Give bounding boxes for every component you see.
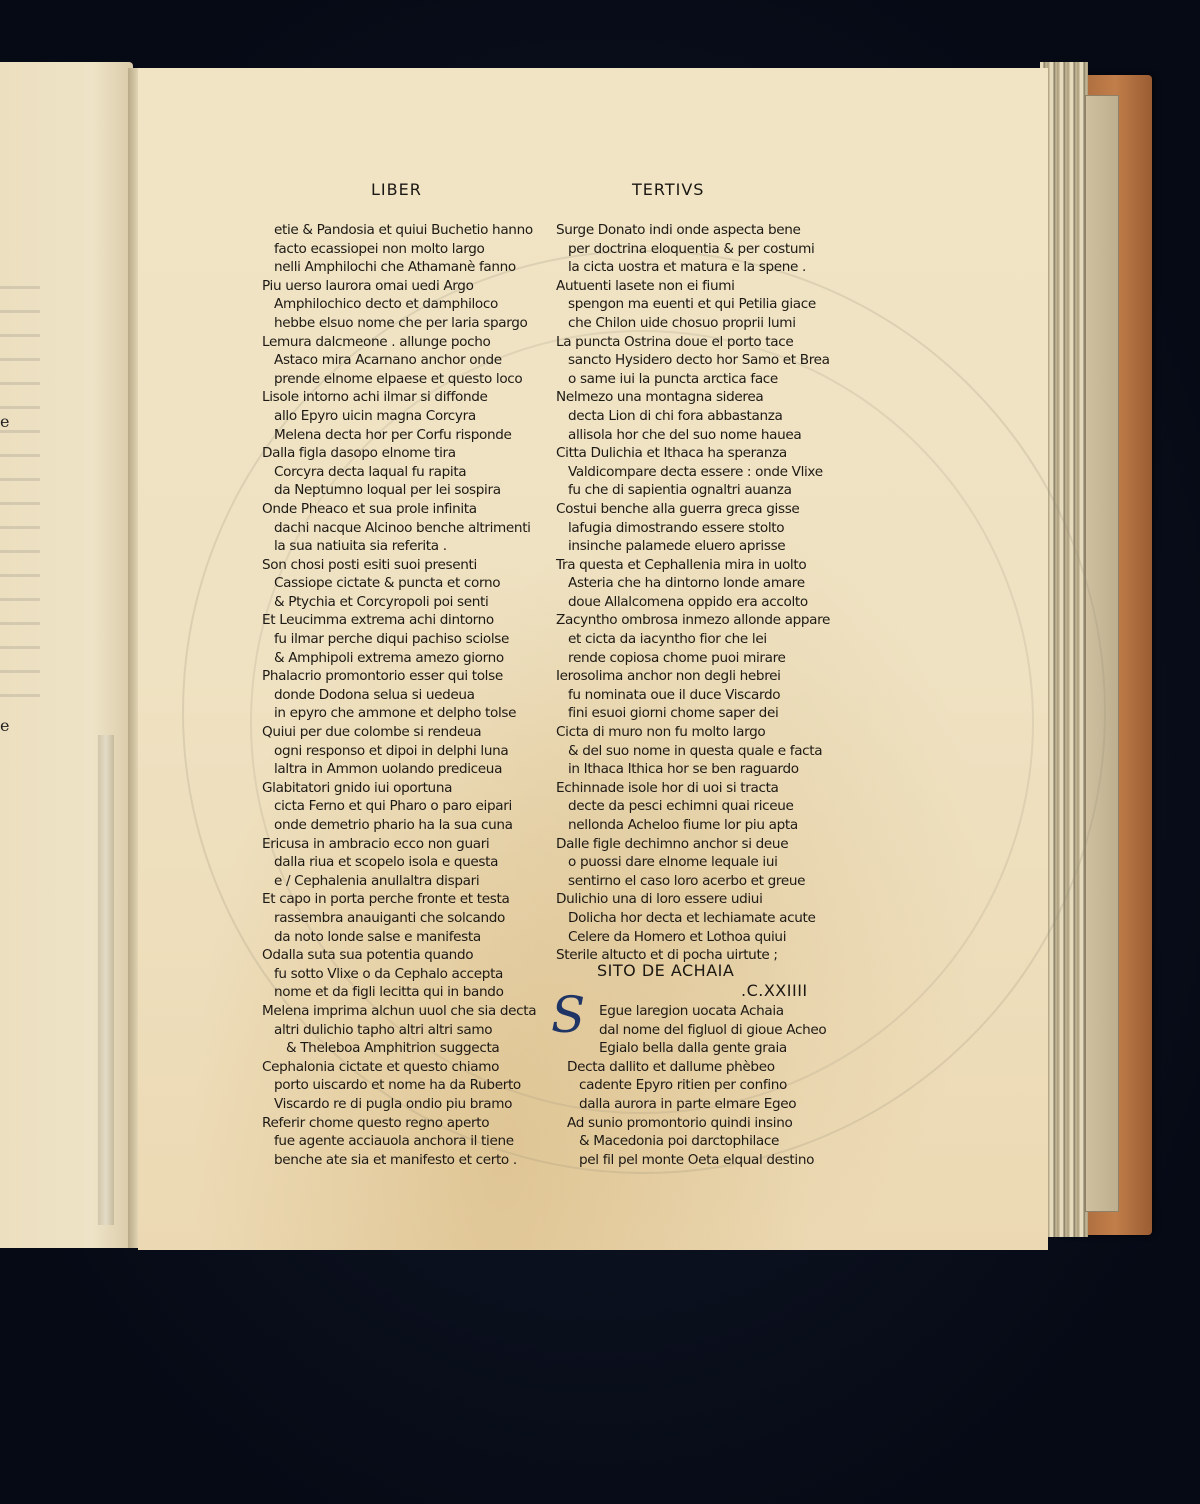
verse-line: rassembra anauiganti che solcando: [262, 909, 536, 928]
verse-line: Referir chome questo regno aperto: [262, 1114, 536, 1133]
left-page-fragment: e: [0, 412, 9, 431]
verse-line: decte da pesci echimni quai riceue: [556, 797, 830, 816]
verse-line: Dalla figla dasopo elnome tira: [262, 444, 536, 463]
verse-line: & Ptychia et Corcyropoli poi senti: [262, 593, 536, 612]
verse-line: in epyro che ammone et delpho tolse: [262, 704, 536, 723]
text-column-left: etie & Pandosia et quiui Buchetio hannof…: [262, 221, 536, 1169]
verse-line: Piu uerso laurora omai uedi Argo: [262, 277, 536, 296]
verse-line: fu che di sapientia ognaltri auanza: [556, 481, 830, 500]
verse-line: Costui benche alla guerra greca gisse: [556, 500, 830, 519]
verse-line: Autuenti lasete non ei fiumi: [556, 277, 830, 296]
verse-line: Phalacrio promontorio esser qui tolse: [262, 667, 536, 686]
verse-line: Asteria che ha dintorno londe amare: [556, 574, 830, 593]
verse-line: donde Dodona selua si uedeua: [262, 686, 536, 705]
verse-line: nelli Amphilochi che Athamanè fanno: [262, 258, 536, 277]
verse-line: Lisole intorno achi ilmar si diffonde: [262, 388, 536, 407]
verse-line: da noto londe salse e manifesta: [262, 928, 536, 947]
verse-line: dal nome del figluol di gioue Acheo: [567, 1021, 826, 1040]
verse-line: Ierosolima anchor non degli hebrei: [556, 667, 830, 686]
verse-line: insinche palamede eluero aprisse: [556, 537, 830, 556]
verse-line: Et capo in porta perche fronte et testa: [262, 890, 536, 909]
verse-line: Dolicha hor decta et lechiamate acute: [556, 909, 830, 928]
verse-line: Dalle figle dechimno anchor si deue: [556, 835, 830, 854]
verse-line: Citta Dulichia et Ithaca ha speranza: [556, 444, 830, 463]
verse-line: dalla aurora in parte elmare Egeo: [567, 1095, 826, 1114]
verse-line: Cassiope cictate & puncta et corno: [262, 574, 536, 593]
verse-line: Cicta di muro non fu molto largo: [556, 723, 830, 742]
verse-line: Egue laregion uocata Achaia: [567, 1002, 826, 1021]
running-header-left: LIBER: [371, 180, 422, 199]
section-text: Egue laregion uocata Achaiadal nome del …: [567, 1002, 826, 1169]
verse-line: Surge Donato indi onde aspecta bene: [556, 221, 830, 240]
verse-line: prende elnome elpaese et questo loco: [262, 370, 536, 389]
verse-line: sentirno el caso loro acerbo et greue: [556, 872, 830, 891]
verse-line: Celere da Homero et Lothoa quiui: [556, 928, 830, 947]
verse-line: fu ilmar perche diqui pachiso sciolse: [262, 630, 536, 649]
verse-line: Glabitatori gnido iui oportuna: [262, 779, 536, 798]
verse-line: onde demetrio phario ha la sua cuna: [262, 816, 536, 835]
verse-line: dachi nacque Alcinoo benche altrimenti: [262, 519, 536, 538]
verse-line: o same iui la puncta arctica face: [556, 370, 830, 389]
verse-line: la cicta uostra et matura e la spene .: [556, 258, 830, 277]
verse-line: cicta Ferno et qui Pharo o paro eipari: [262, 797, 536, 816]
verse-line: etie & Pandosia et quiui Buchetio hanno: [262, 221, 536, 240]
verse-line: Zacyntho ombrosa inmezo allonde appare: [556, 611, 830, 630]
verse-line: Amphilochico decto et damphiloco: [262, 295, 536, 314]
verse-line: Valdicompare decta essere : onde Vlixe: [556, 463, 830, 482]
verse-line: nellonda Acheloo fiume lor piu apta: [556, 816, 830, 835]
verse-line: lafugia dimostrando essere stolto: [556, 519, 830, 538]
verse-line: facto ecassiopei non molto largo: [262, 240, 536, 259]
left-page-fragment: e: [0, 716, 9, 735]
verse-line: Nelmezo una montagna siderea: [556, 388, 830, 407]
chapter-number: .C.XXIIII: [741, 981, 808, 1000]
left-page-bleed-text: [0, 277, 40, 707]
verse-line: Quiui per due colombe si rendeua: [262, 723, 536, 742]
verse-line: & del suo nome in questa quale e facta: [556, 742, 830, 761]
verse-line: Melena imprima alchun uuol che sia decta: [262, 1002, 536, 1021]
verse-line: ogni responso et dipoi in delphi luna: [262, 742, 536, 761]
verse-line: decta Lion di chi fora abbastanza: [556, 407, 830, 426]
verse-line: Tra questa et Cephallenia mira in uolto: [556, 556, 830, 575]
verse-line: laltra in Ammon uolando prediceua: [262, 760, 536, 779]
verse-line: cadente Epyro ritien per confino: [567, 1076, 826, 1095]
section-title: SITO DE ACHAIA: [597, 961, 734, 980]
verse-line: la sua natiuita sia referita .: [262, 537, 536, 556]
verse-line: Viscardo re di pugla ondio piu bramo: [262, 1095, 536, 1114]
verse-line: Ad sunio promontorio quindi insino: [567, 1114, 826, 1133]
verse-line: La puncta Ostrina doue el porto tace: [556, 333, 830, 352]
verse-line: doue Allalcomena oppido era accolto: [556, 593, 830, 612]
verse-line: & Amphipoli extrema amezo giorno: [262, 649, 536, 668]
running-header-right: TERTIVS: [632, 180, 704, 199]
verse-line: Ericusa in ambracio ecco non guari: [262, 835, 536, 854]
verse-line: da Neptumno loqual per lei sospira: [262, 481, 536, 500]
verse-line: Son chosi posti esiti suoi presenti: [262, 556, 536, 575]
verse-line: Astaco mira Acarnano anchor onde: [262, 351, 536, 370]
verse-line: dalla riua et scopelo isola e questa: [262, 853, 536, 872]
verse-line: sancto Hysidero decto hor Samo et Brea: [556, 351, 830, 370]
verse-line: Cephalonia cictate et questo chiamo: [262, 1058, 536, 1077]
verse-line: & Theleboa Amphitrion suggecta: [262, 1039, 536, 1058]
verse-line: rende copiosa chome puoi mirare: [556, 649, 830, 668]
verse-line: Dulichio una di loro essere udiui: [556, 890, 830, 909]
verse-line: Lemura dalcmeone . allunge pocho: [262, 333, 536, 352]
verse-line: spengon ma euenti et qui Petilia giace: [556, 295, 830, 314]
verse-line: pel fil pel monte Oeta elqual destino: [567, 1151, 826, 1170]
verse-line: porto uiscardo et nome ha da Ruberto: [262, 1076, 536, 1095]
verse-line: & Macedonia poi darctophilace: [567, 1132, 826, 1151]
verse-line: Et Leucimma extrema achi dintorno: [262, 611, 536, 630]
verse-line: Decta dallito et dallume phèbeo: [567, 1058, 826, 1077]
verse-line: Egialo bella dalla gente graia: [567, 1039, 826, 1058]
verse-line: Melena decta hor per Corfu risponde: [262, 426, 536, 445]
verse-line: Echinnade isole hor di uoi si tracta: [556, 779, 830, 798]
verse-line: che Chilon uide chosuo proprii lumi: [556, 314, 830, 333]
verse-line: allisola hor che del suo nome hauea: [556, 426, 830, 445]
verse-line: Odalla suta sua potentia quando: [262, 946, 536, 965]
binding-guard-strip: [98, 735, 114, 1225]
verse-line: fu sotto Vlixe o da Cephalo accepta: [262, 965, 536, 984]
verse-line: et cicta da iacyntho fior che lei: [556, 630, 830, 649]
verse-line: hebbe elsuo nome che per laria spargo: [262, 314, 536, 333]
verse-line: e / Cephalenia anullaltra dispari: [262, 872, 536, 891]
verse-line: nome et da figli lecitta qui in bando: [262, 983, 536, 1002]
verse-line: o puossi dare elnome lequale iui: [556, 853, 830, 872]
verse-line: per doctrina eloquentia & per costumi: [556, 240, 830, 259]
text-column-right: Surge Donato indi onde aspecta beneper d…: [556, 221, 830, 965]
verse-line: fue agente acciauola anchora il tiene: [262, 1132, 536, 1151]
verse-line: fu nominata oue il duce Viscardo: [556, 686, 830, 705]
verse-line: altri dulichio tapho altri altri samo: [262, 1021, 536, 1040]
verse-line: benche ate sia et manifesto et certo .: [262, 1151, 536, 1170]
verse-line: Corcyra decta laqual fu rapita: [262, 463, 536, 482]
verse-line: Onde Pheaco et sua prole infinita: [262, 500, 536, 519]
verse-line: allo Epyro uicin magna Corcyra: [262, 407, 536, 426]
verse-line: in Ithaca Ithica hor se ben raguardo: [556, 760, 830, 779]
verse-line: fini esuoi giorni chome saper dei: [556, 704, 830, 723]
